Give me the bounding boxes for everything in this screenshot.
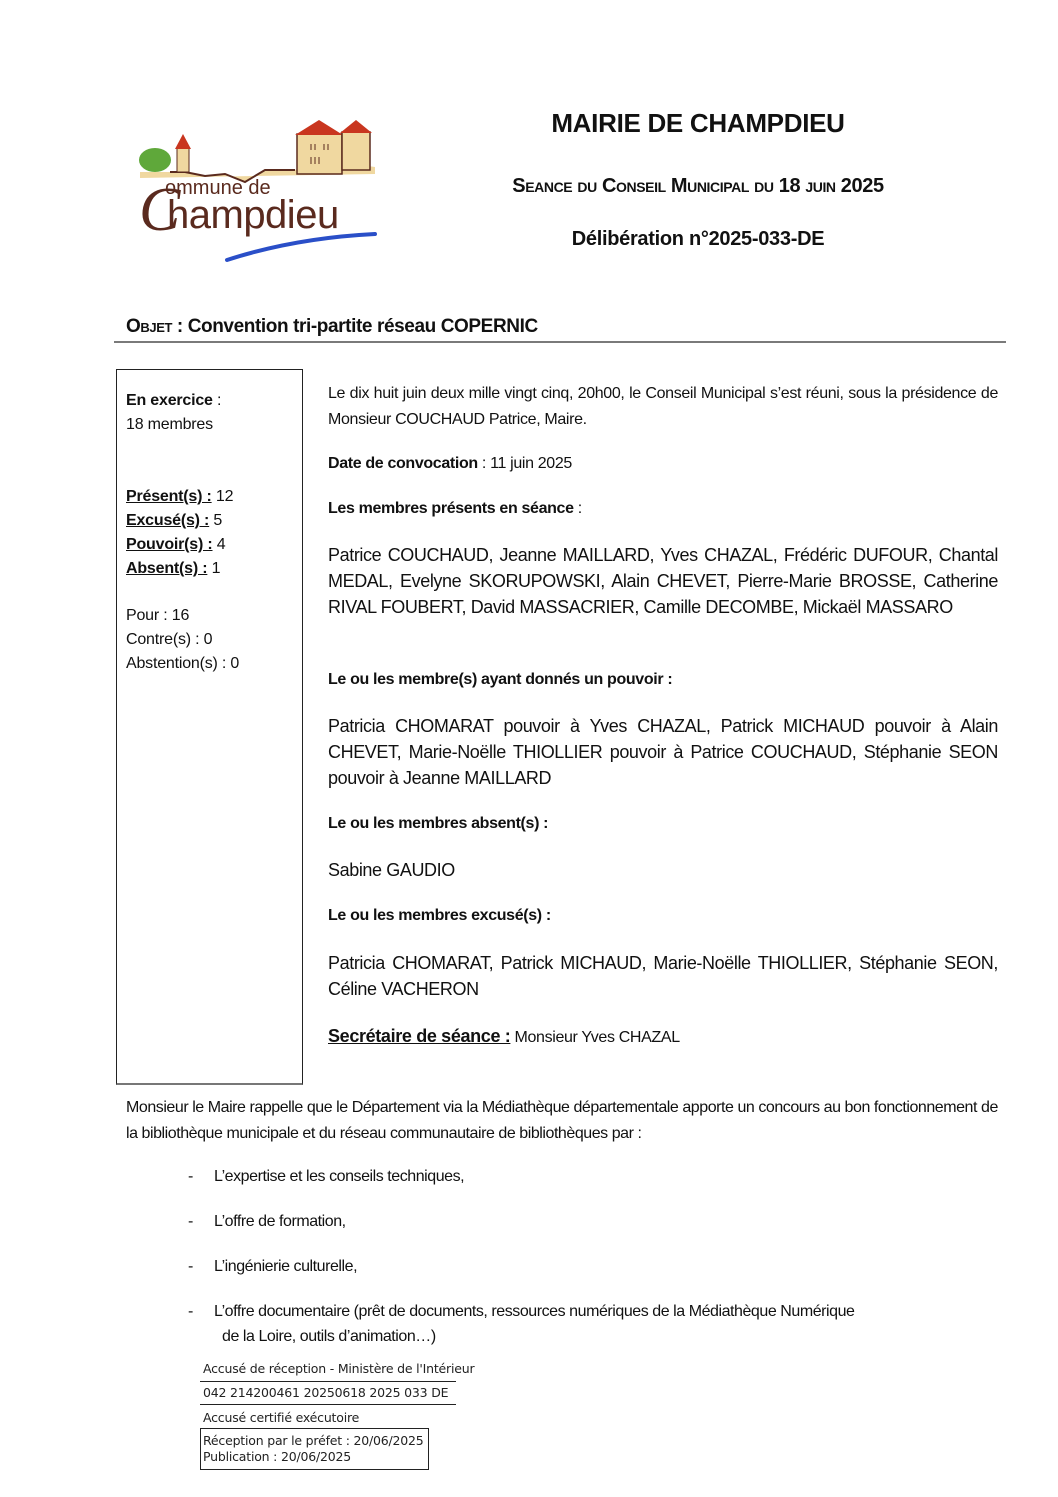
body-paragraph: Monsieur le Maire rappelle que le Départ… xyxy=(126,1095,998,1147)
objet-heading: Objet : Convention tri-partite réseau CO… xyxy=(126,316,538,338)
pouvoirs-label: Le ou les membre(s) ayant donnés un pouv… xyxy=(328,671,672,688)
tree-icon xyxy=(139,148,171,172)
exercice-label: En exercice xyxy=(126,392,213,409)
presents-heading: Les membres présents en séance : xyxy=(328,496,998,522)
stamp-line-id: 042 214200461 20250618 2025 033 DE xyxy=(203,1385,448,1400)
pouvoirs-heading: Le ou les membre(s) ayant donnés un pouv… xyxy=(328,667,998,693)
vote-contre: Contre(s) : 0 xyxy=(126,628,239,652)
excuses-heading: Le ou les membres excusé(s) : xyxy=(328,903,998,929)
vote-pour: Pour : 16 xyxy=(126,604,239,628)
count-label: Absent(s) : xyxy=(126,560,207,577)
bullet-continuation: de la Loire, outils d’animation…) xyxy=(222,1324,436,1350)
bullet-item: -L’ingénierie culturelle, xyxy=(188,1254,357,1280)
commune-logo: C ommune de hampdieu xyxy=(125,112,385,267)
svg-text:hampdieu: hampdieu xyxy=(167,193,339,237)
count-excuse: Excusé(s) : 5 xyxy=(126,509,233,533)
count-pouvoir: Pouvoir(s) : 4 xyxy=(126,533,233,557)
secretaire-line: Secrétaire de séance : Monsieur Yves CHA… xyxy=(328,1023,998,1051)
deliberation-number: Délibération n°2025-033-DE xyxy=(470,228,926,251)
convocation-value: 11 juin 2025 xyxy=(490,455,572,472)
vote-value: 16 xyxy=(172,607,189,624)
vote-label: Pour xyxy=(126,607,159,624)
count-value: 5 xyxy=(213,512,222,529)
count-label: Pouvoir(s) : xyxy=(126,536,213,553)
vote-value: 0 xyxy=(204,631,213,648)
vote-label: Contre(s) xyxy=(126,631,191,648)
bullet-text: de la Loire, outils d’animation…) xyxy=(222,1328,436,1345)
stamp-line-reception: Réception par le préfet : 20/06/2025 xyxy=(203,1433,424,1448)
objet-separator: : xyxy=(172,316,188,337)
stamp-line-ministere: Accusé de réception - Ministère de l'Int… xyxy=(203,1361,474,1376)
count-absent: Absent(s) : 1 xyxy=(126,557,233,581)
exercice-value: 18 membres xyxy=(126,416,213,433)
count-value: 1 xyxy=(212,560,221,577)
excuses-list: Patricia CHOMARAT, Patrick MICHAUD, Mari… xyxy=(328,950,998,1002)
presents-label: Les membres présents en séance xyxy=(328,500,574,517)
vote-label: Abstention(s) xyxy=(126,655,218,672)
count-label: Présent(s) : xyxy=(126,488,212,505)
absents-label: Le ou les membres absent(s) : xyxy=(328,815,548,832)
absents-list: Sabine GAUDIO xyxy=(328,857,998,883)
votes-block: Pour : 16 Contre(s) : 0 Abstention(s) : … xyxy=(126,604,239,676)
bullet-item: -L’offre documentaire (prêt de documents… xyxy=(188,1299,854,1325)
counts-block: Présent(s) : 12 Excusé(s) : 5 Pouvoir(s)… xyxy=(126,485,233,581)
convocation-label: Date de convocation xyxy=(328,455,478,472)
objet-divider xyxy=(114,341,1006,343)
vote-abstention: Abstention(s) : 0 xyxy=(126,652,239,676)
presents-list: Patrice COUCHAUD, Jeanne MAILLARD, Yves … xyxy=(328,542,998,620)
convocation-line: Date de convocation : 11 juin 2025 xyxy=(328,451,998,477)
stamp-line-certifie: Accusé certifié exécutoire xyxy=(203,1410,359,1425)
mairie-title: MAIRIE DE CHAMPDIEU xyxy=(470,108,926,139)
vote-value: 0 xyxy=(230,655,239,672)
intro-paragraph: Le dix huit juin deux mille vingt cinq, … xyxy=(328,381,998,433)
stamp-divider xyxy=(200,1404,456,1405)
excuses-label: Le ou les membres excusé(s) : xyxy=(328,907,551,924)
pouvoirs-list: Patricia CHOMARAT pouvoir à Yves CHAZAL,… xyxy=(328,713,998,791)
seance-title: Seance du Conseil Municipal du 18 juin 2… xyxy=(470,175,926,198)
count-value: 4 xyxy=(217,536,226,553)
bullet-item: -L’offre de formation, xyxy=(188,1209,346,1235)
secretaire-label: Secrétaire de séance : xyxy=(328,1026,510,1046)
bullet-item: -L’expertise et les conseils techniques, xyxy=(188,1164,464,1190)
stamp-divider xyxy=(200,1381,456,1382)
bullet-text: L’offre de formation, xyxy=(214,1213,346,1230)
objet-label: Objet xyxy=(126,316,172,337)
bullet-text: L’offre documentaire (prêt de documents,… xyxy=(214,1303,854,1320)
bullet-text: L’expertise et les conseils techniques, xyxy=(214,1168,464,1185)
absents-heading: Le ou les membres absent(s) : xyxy=(328,811,998,837)
count-value: 12 xyxy=(216,488,233,505)
members-summary-box xyxy=(116,369,303,1085)
objet-text: Convention tri-partite réseau COPERNIC xyxy=(188,316,538,337)
exercice-line: En exercice : 18 membres xyxy=(126,389,221,437)
count-label: Excusé(s) : xyxy=(126,512,209,529)
stamp-line-publication: Publication : 20/06/2025 xyxy=(203,1449,351,1464)
bullet-text: L’ingénierie culturelle, xyxy=(214,1258,357,1275)
secretaire-value: Monsieur Yves CHAZAL xyxy=(515,1029,680,1046)
count-present: Présent(s) : 12 xyxy=(126,485,233,509)
